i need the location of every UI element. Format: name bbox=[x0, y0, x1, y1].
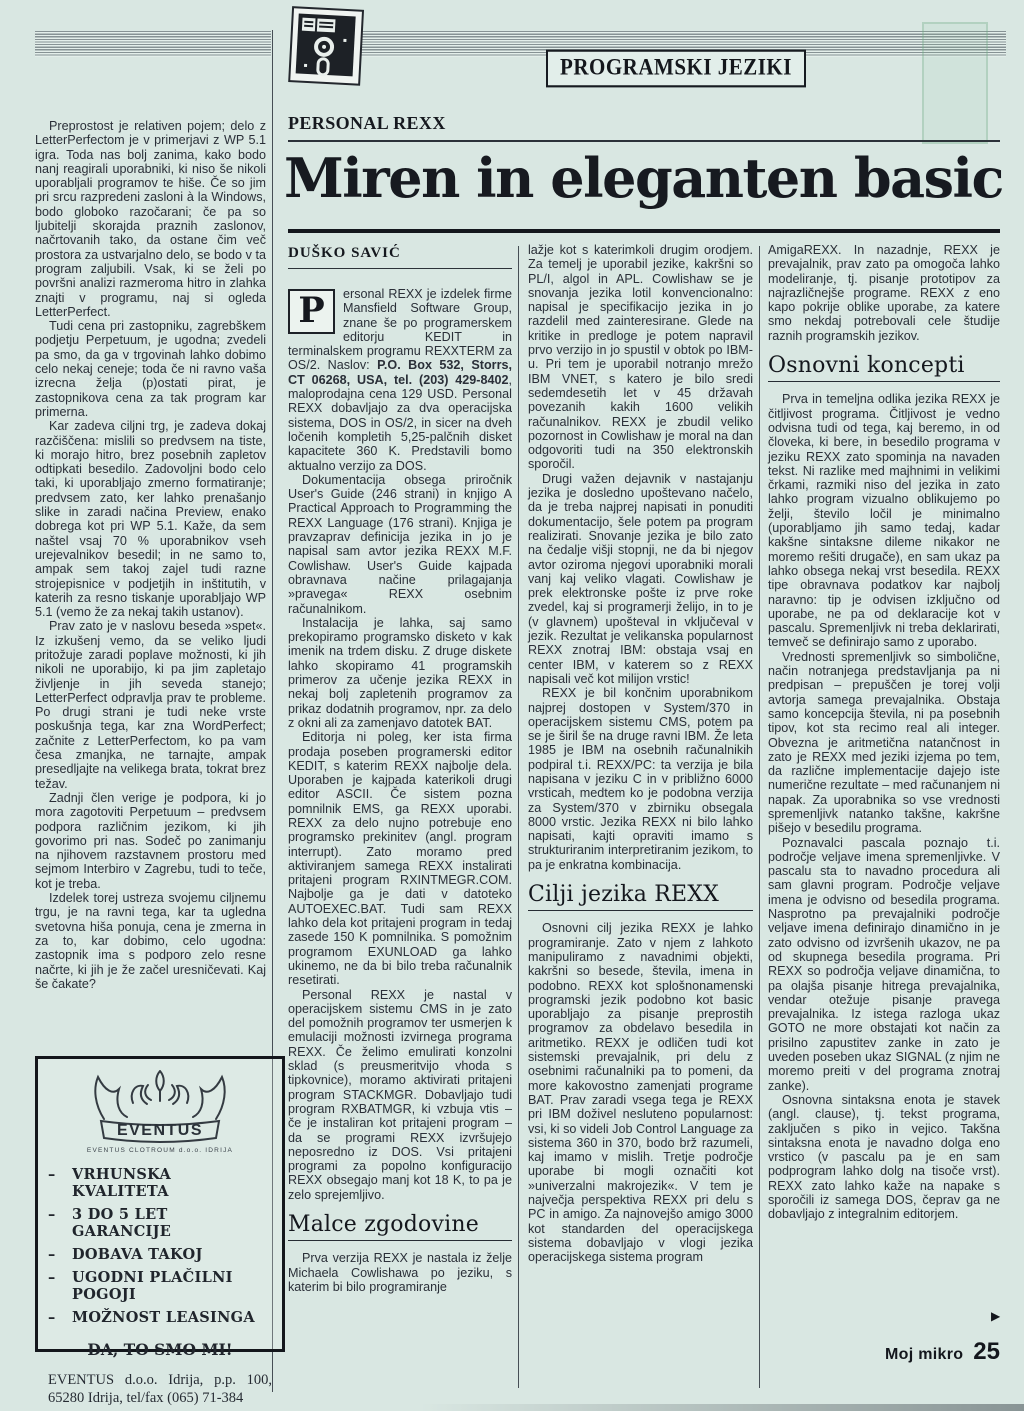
author-name: DUŠKO SAVIĆ bbox=[288, 245, 512, 269]
ad-slogan: DA, TO SMO MI! bbox=[48, 1340, 272, 1359]
paragraph: Prva verzija REXX je nastala iz želje Mi… bbox=[288, 1251, 512, 1294]
page-footer: Moj mikro25 bbox=[768, 1338, 1000, 1366]
paragraph: Tudi cena pri zastopniku, zagrebškem pod… bbox=[35, 319, 266, 419]
paragraph: Kar zadeva ciljni trg, je zadeva dokaj r… bbox=[35, 419, 266, 619]
continues-arrow-icon: ▶ bbox=[991, 1309, 1000, 1323]
dash-icon: – bbox=[48, 1309, 60, 1326]
header-stripes-left bbox=[35, 31, 271, 57]
paragraph: AmigaREXX. In nazadnje, REXX je prevajal… bbox=[768, 243, 1000, 343]
paragraph: Poznavalci pascala poznajo t.i. področje… bbox=[768, 836, 1000, 1093]
headline-rule bbox=[288, 229, 1000, 233]
ad-item-label: 3 DO 5 LET GARANCIJE bbox=[72, 1206, 272, 1240]
dash-icon: – bbox=[48, 1206, 60, 1240]
ad-item-label: UGODNI PLAČILNI POGOJI bbox=[72, 1269, 272, 1303]
paragraph: Preprostost je relativen pojem; delo z L… bbox=[35, 119, 266, 319]
article-column-3: lažje kot s katerimkoli drugim orodjem. … bbox=[528, 243, 753, 1264]
ad-item-label: VRHUNSKA KVALITETA bbox=[72, 1166, 272, 1200]
ad-item-label: MOŽNOST LEASINGA bbox=[72, 1309, 255, 1326]
paragraph: Drugi važen dejavnik v nastajanju jezika… bbox=[528, 472, 753, 686]
floppy-disk-icon bbox=[283, 5, 371, 91]
paragraph: lažje kot s katerimkoli drugim orodjem. … bbox=[528, 243, 753, 472]
article-title: Miren in eleganten basic bbox=[284, 146, 1004, 210]
ad-logo-text: EVENTUS bbox=[117, 1122, 203, 1139]
column-divider bbox=[759, 246, 760, 1388]
footer-page-number: 25 bbox=[973, 1338, 1000, 1365]
paragraph: Prva in temeljna odlika jezika REXX je č… bbox=[768, 392, 1000, 649]
ad-address: EVENTUS d.o.o. Idrija, p.p. 100, 65280 I… bbox=[48, 1371, 272, 1407]
section-heading: Cilji jezika REXX bbox=[528, 888, 753, 911]
paragraph: Osnovni cilj jezika REXX je lahko progra… bbox=[528, 921, 753, 1264]
dash-icon: – bbox=[48, 1166, 60, 1200]
article-kicker: PERSONAL REXX bbox=[288, 113, 446, 134]
paragraph: Izdelek torej ustreza svojemu ciljnemu t… bbox=[35, 891, 266, 991]
ad-item-label: DOBAVA TAKOJ bbox=[72, 1246, 203, 1263]
kicker-rule bbox=[288, 140, 1000, 142]
ad-item: –UGODNI PLAČILNI POGOJI bbox=[48, 1269, 272, 1303]
scan-artifact bbox=[922, 22, 988, 144]
ad-logo-subtext: EVENTUS CLOTROUM d.o.o. IDRIJA bbox=[48, 1147, 272, 1154]
ad-item: –MOŽNOST LEASINGA bbox=[48, 1309, 272, 1326]
paragraph: Editorja ni poleg, ker ista firma prodaj… bbox=[288, 730, 512, 987]
scan-edge-shadow bbox=[420, 1404, 1024, 1411]
article-column-4: AmigaREXX. In nazadnje, REXX je prevajal… bbox=[768, 243, 1000, 1222]
drop-cap: P bbox=[288, 289, 335, 334]
ad-item: –DOBAVA TAKOJ bbox=[48, 1246, 272, 1263]
footer-brand: Moj mikro bbox=[885, 1346, 963, 1363]
paragraph: Osnovna sintaksna enota je stavek (angl.… bbox=[768, 1093, 1000, 1222]
magazine-page: PROGRAMSKI JEZIKI PERSONAL REXX Miren in… bbox=[0, 0, 1024, 1411]
dash-icon: – bbox=[48, 1246, 60, 1263]
ad-item: –VRHUNSKA KVALITETA bbox=[48, 1166, 272, 1200]
crown-logo-icon: EVENTUS EVENTUS CLOTROUM d.o.o. IDRIJA bbox=[48, 1065, 272, 1154]
article-column-1: Preprostost je relativen pojem; delo z L… bbox=[35, 119, 266, 991]
dash-icon: – bbox=[48, 1269, 60, 1303]
category-tag: PROGRAMSKI JEZIKI bbox=[546, 50, 806, 88]
lead-paragraph: Personal REXX je izdelek firme Mansfield… bbox=[288, 287, 512, 473]
paragraph: Zadnji člen verige je podpora, ki jo mor… bbox=[35, 791, 266, 891]
paragraph: Instalacija je lahka, saj samo prekopira… bbox=[288, 616, 512, 730]
section-heading: Malce zgodovine bbox=[288, 1218, 512, 1241]
section-heading: Osnovni koncepti bbox=[768, 359, 1000, 382]
ad-feature-list: –VRHUNSKA KVALITETA –3 DO 5 LET GARANCIJ… bbox=[48, 1166, 272, 1326]
eventus-ad: EVENTUS EVENTUS CLOTROUM d.o.o. IDRIJA –… bbox=[35, 1056, 285, 1352]
paragraph: REXX je bil končnim uporabnikom najprej … bbox=[528, 686, 753, 872]
paragraph: Vrednosti spremenljivk so simbolične, na… bbox=[768, 650, 1000, 836]
lead-text: , maloprodajna cena 129 USD. Personal RE… bbox=[288, 373, 512, 473]
paragraph: Personal REXX je nastal v operacijskem s… bbox=[288, 988, 512, 1202]
ad-item: –3 DO 5 LET GARANCIJE bbox=[48, 1206, 272, 1240]
paragraph: Dokumentacija obsega priročnik User's Gu… bbox=[288, 473, 512, 616]
paragraph: Prav zato je v naslovu beseda »spet«. Iz… bbox=[35, 619, 266, 791]
article-column-2: Personal REXX je izdelek firme Mansfield… bbox=[288, 287, 512, 1294]
column-divider bbox=[518, 246, 519, 1388]
